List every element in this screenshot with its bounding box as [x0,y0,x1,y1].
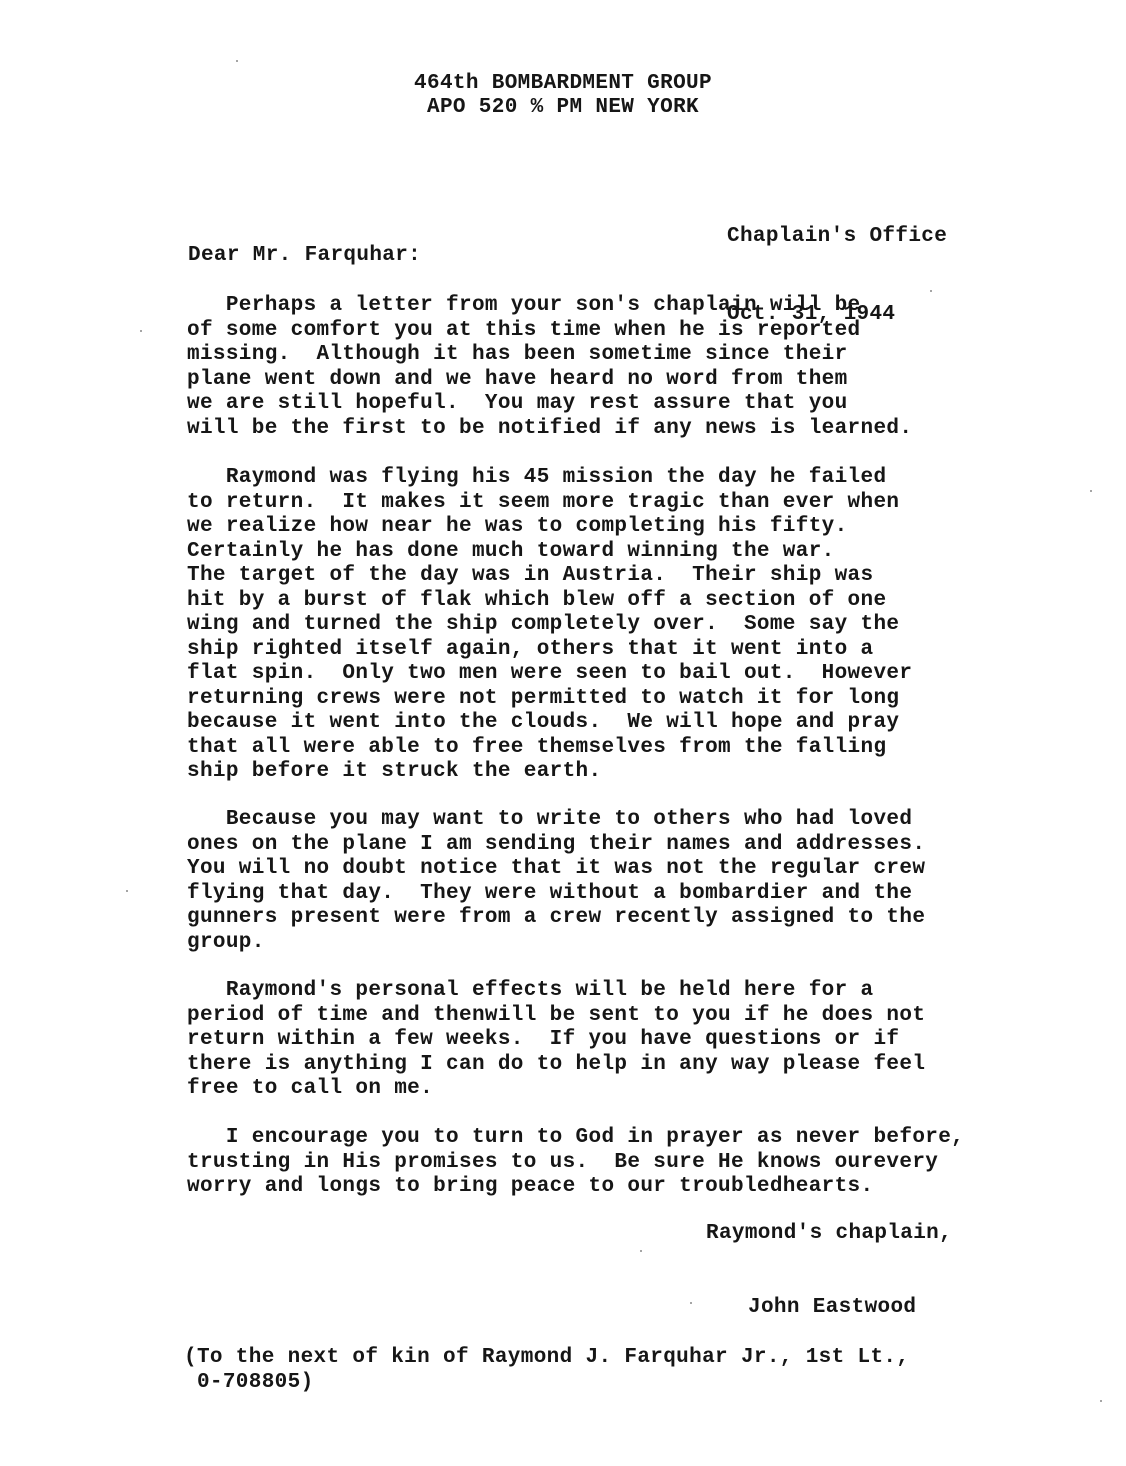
paragraph-4: Raymond's personal effects will be held … [187,979,925,1102]
paragraph-1: Perhaps a letter from your son's chaplai… [187,294,912,441]
paper-speck [140,330,142,332]
paragraph-3: Because you may want to write to others … [187,808,925,955]
paragraph-5: I encourage you to turn to God in prayer… [187,1126,964,1200]
signature: John Eastwood [748,1296,916,1321]
paper-speck [930,290,932,292]
paragraph-2: Raymond was flying his 45 mission the da… [187,466,912,785]
paper-speck [1090,490,1092,492]
letterhead-unit: 464th BOMBARDMENT GROUP [0,72,1126,97]
paper-speck [640,1250,642,1252]
paper-speck [690,1302,692,1304]
letterhead-address: APO 520 % PM NEW YORK [0,96,1126,121]
paper-speck [126,890,128,892]
salutation: Dear Mr. Farquhar: [188,244,421,269]
paper-speck [1100,1400,1102,1402]
next-of-kin-note: (To the next of kin of Raymond J. Farquh… [184,1346,909,1395]
paper-speck [236,60,238,62]
closing: Raymond's chaplain, [706,1222,952,1247]
office-name: Chaplain's Office [727,224,947,250]
letter-page: 464th BOMBARDMENT GROUP APO 520 % PM NEW… [0,0,1126,1466]
